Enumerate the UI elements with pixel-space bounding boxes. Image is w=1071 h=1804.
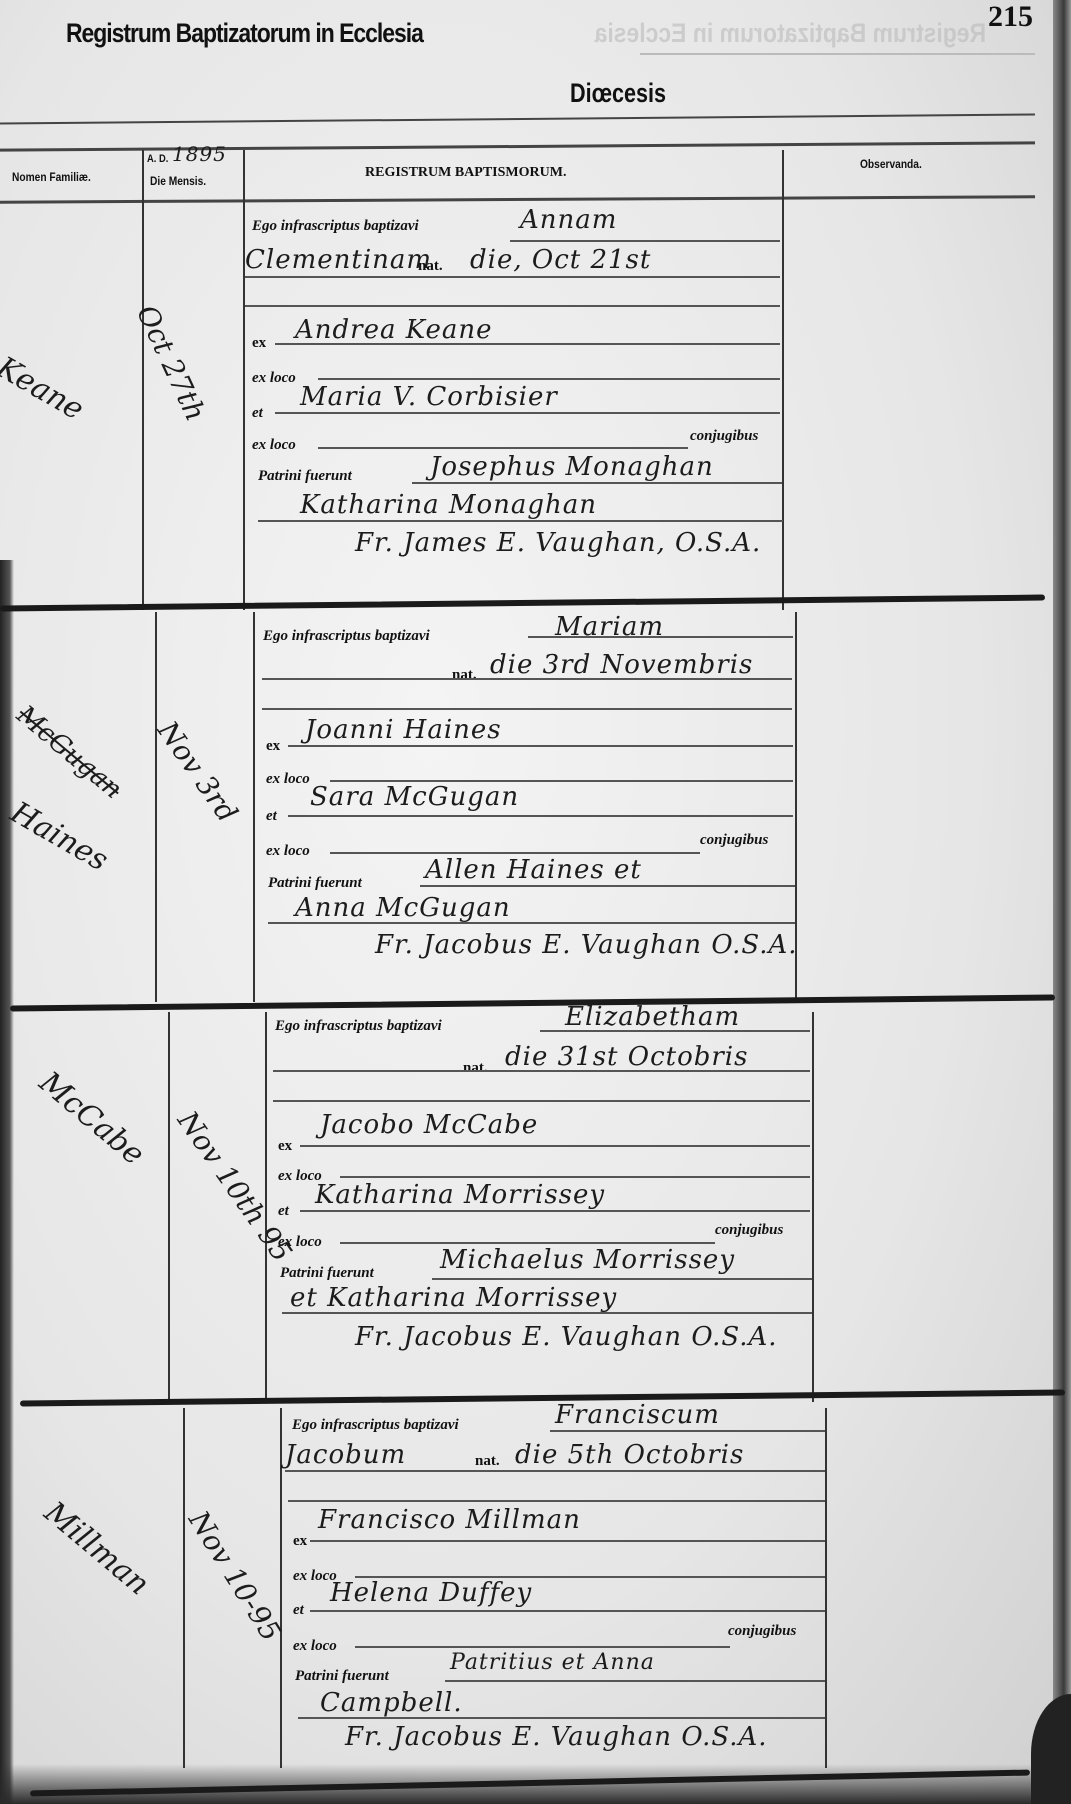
form-rule — [318, 447, 688, 449]
label-et: et — [266, 808, 277, 825]
header-ad: A. D. — [147, 153, 168, 165]
column-divider — [243, 150, 245, 610]
mother-name: Maria V. Corbisier — [300, 382, 558, 412]
baptism-date: Nov 3rd — [151, 715, 244, 828]
label-baptized: Ego infrascriptus baptizavi — [292, 1417, 459, 1434]
officiant-signature: Fr. Jacobus E. Vaughan O.S.A. — [375, 930, 798, 960]
sponsor-1: Josephus Monaghan — [430, 452, 714, 482]
header-family-name: Nomen Familiæ. — [12, 170, 91, 184]
page-title: Registrum Baptizatorum in Ecclesia — [66, 18, 423, 49]
child-name: Annam — [520, 205, 617, 235]
header-notes: Observanda. — [860, 157, 922, 171]
thumb-shadow — [1031, 1694, 1071, 1804]
label-conjugibus: conjugibus — [700, 832, 768, 849]
bleed-through-title: Registrum Baptizatorum in Ecclesia — [595, 18, 987, 49]
child-name-2: Clementinam — [245, 245, 432, 275]
header-year: 1895 — [172, 142, 227, 166]
column-divider — [183, 1408, 185, 1768]
birth-date: die 31st Octobris — [505, 1042, 748, 1072]
form-rule — [318, 378, 780, 380]
sponsor-1: Michaelus Morrissey — [440, 1245, 735, 1275]
form-rule — [300, 1145, 810, 1147]
entry-separator — [10, 995, 1055, 1012]
mother-name: Helena Duffey — [330, 1578, 532, 1608]
label-ex-loco: ex loco — [278, 1234, 322, 1251]
form-rule — [288, 815, 793, 817]
form-rule — [330, 852, 700, 854]
title-rule — [640, 53, 1035, 55]
label-ex: ex — [278, 1138, 292, 1155]
book-spine-right — [1053, 0, 1071, 1804]
label-ex-loco: ex loco — [252, 437, 296, 454]
header-register: REGISTRUM BAPTISMORUM. — [365, 165, 566, 181]
book-edge-left — [0, 560, 14, 1804]
label-conjugibus: conjugibus — [715, 1222, 783, 1239]
child-name: Elizabetham — [565, 1002, 740, 1032]
officiant-signature: Fr. James E. Vaughan, O.S.A. — [355, 528, 761, 558]
label-et: et — [293, 1602, 304, 1619]
entry-separator — [20, 1390, 1065, 1407]
birth-date: die 3rd Novembris — [490, 650, 753, 680]
form-rule — [273, 1070, 810, 1072]
form-rule — [300, 1210, 810, 1212]
sponsor-2: et Katharina Morrissey — [290, 1283, 617, 1313]
label-born: nat. — [418, 258, 443, 275]
label-baptized: Ego infrascriptus baptizavi — [275, 1018, 442, 1035]
family-name: Keane — [0, 350, 90, 427]
sponsor-2: Campbell. — [320, 1688, 463, 1718]
birth-date: die 5th Octobris — [515, 1440, 744, 1470]
form-rule — [273, 1100, 810, 1102]
mother-name: Sara McGugan — [310, 782, 519, 812]
father-name: Francisco Millman — [318, 1505, 581, 1535]
label-sponsors: Patrini fuerunt — [280, 1265, 374, 1282]
sponsor-1: Patritius et Anna — [450, 1650, 655, 1675]
label-born: nat. — [463, 1060, 488, 1077]
sponsor-1: Allen Haines et — [425, 855, 642, 885]
header-date: Die Mensis. — [150, 174, 206, 188]
form-rule — [510, 240, 780, 242]
column-divider — [782, 150, 784, 610]
label-ex-loco: ex loco — [252, 370, 296, 387]
label-ex: ex — [266, 738, 280, 755]
form-rule — [288, 1500, 825, 1502]
form-rule — [285, 1470, 825, 1472]
form-rule — [282, 1312, 812, 1314]
diocese-label: Diœcesis — [570, 78, 666, 109]
label-sponsors: Patrini fuerunt — [295, 1668, 389, 1685]
label-born: nat. — [475, 1453, 500, 1470]
father-name: Andrea Keane — [295, 315, 493, 345]
column-divider — [155, 612, 157, 1002]
baptism-date: Nov 10-95 — [182, 1505, 288, 1647]
header-bottom-rule — [0, 195, 1035, 203]
family-name: Millman — [38, 1495, 156, 1602]
label-ex-loco: ex loco — [266, 771, 310, 788]
form-rule — [355, 1646, 730, 1648]
column-divider — [812, 1012, 814, 1402]
label-born: nat. — [452, 667, 477, 684]
column-divider — [253, 612, 255, 1002]
form-rule — [550, 1430, 825, 1432]
form-rule — [420, 885, 795, 887]
column-divider — [168, 1012, 170, 1402]
form-rule — [288, 745, 793, 747]
column-divider — [280, 1408, 282, 1768]
label-ex-loco: ex loco — [266, 843, 310, 860]
entry-separator — [0, 595, 1045, 612]
form-rule — [275, 412, 780, 414]
register-page: 215 Registrum Baptizatorum in Ecclesia R… — [0, 0, 1071, 1804]
page-number: 215 — [988, 0, 1033, 34]
form-rule — [412, 482, 782, 484]
form-rule — [340, 1176, 810, 1178]
label-et: et — [278, 1203, 289, 1220]
diocese-rule — [0, 113, 1035, 124]
column-divider — [825, 1408, 827, 1768]
label-et: et — [252, 405, 263, 422]
officiant-signature: Fr. Jacobus E. Vaughan O.S.A. — [355, 1322, 778, 1352]
form-rule — [262, 708, 792, 710]
mother-name: Katharina Morrissey — [315, 1180, 605, 1210]
header-top-rule — [0, 141, 1035, 151]
family-name: Haines — [5, 795, 114, 878]
child-name: Franciscum — [555, 1400, 720, 1430]
form-rule — [298, 1717, 825, 1719]
form-rule — [432, 1278, 812, 1280]
form-rule — [528, 636, 793, 638]
form-rule — [268, 922, 795, 924]
label-ex-loco: ex loco — [293, 1638, 337, 1655]
form-rule — [262, 678, 792, 680]
label-sponsors: Patrini fuerunt — [258, 468, 352, 485]
sponsor-2: Anna McGugan — [295, 893, 511, 923]
form-rule — [275, 343, 780, 345]
label-baptized: Ego infrascriptus baptizavi — [252, 218, 419, 235]
column-divider — [142, 150, 144, 610]
father-name: Joanni Haines — [305, 715, 502, 745]
form-rule — [245, 276, 780, 278]
form-rule — [310, 1540, 825, 1542]
family-name: McCabe — [33, 1065, 152, 1172]
label-sponsors: Patrini fuerunt — [268, 875, 362, 892]
label-baptized: Ego infrascriptus baptizavi — [263, 628, 430, 645]
birth-date: die, Oct 21st — [470, 245, 651, 275]
child-name-2: Jacobum — [285, 1440, 406, 1470]
sponsor-2: Katharina Monaghan — [300, 490, 597, 520]
label-ex: ex — [252, 335, 266, 352]
officiant-signature: Fr. Jacobus E. Vaughan O.S.A. — [345, 1722, 768, 1752]
form-rule — [340, 1242, 715, 1244]
form-rule — [310, 1610, 825, 1612]
form-rule — [445, 1680, 825, 1682]
form-rule — [258, 520, 783, 522]
form-rule — [540, 1030, 810, 1032]
label-ex: ex — [293, 1533, 307, 1550]
form-rule — [245, 305, 780, 307]
father-name: Jacobo McCabe — [320, 1110, 538, 1140]
label-conjugibus: conjugibus — [728, 1623, 796, 1640]
label-conjugibus: conjugibus — [690, 428, 758, 445]
family-name-struck: McGugan — [11, 700, 128, 805]
